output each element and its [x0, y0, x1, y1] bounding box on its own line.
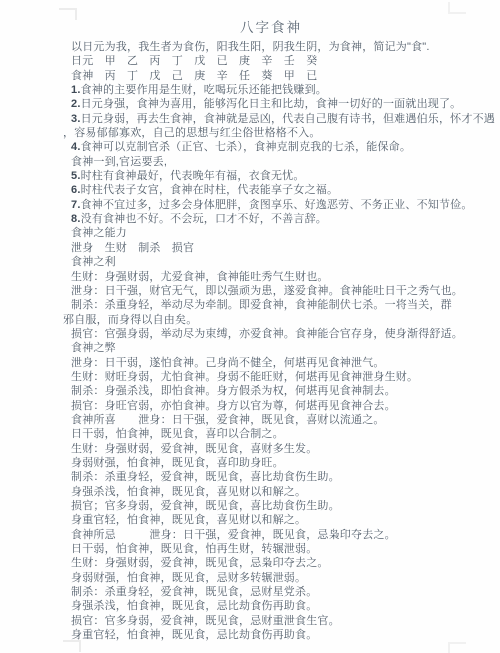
text-line: 4.食神可以克制官杀（正官、七杀），食神克制克我的七杀，能保命。 [71, 140, 491, 154]
list-number: 6. [71, 184, 81, 196]
text-line: 泄身：日干强，财官无气，即以强顽为患，遂爱食神。食神能吐日干之秀气也。 [71, 284, 491, 298]
text-line: 日干弱，怕食神，既见食，怕再生财，转辗泄弱。 [71, 542, 491, 556]
text-line: 身弱财强，怕食神，既见食，喜印助身旺。 [71, 456, 491, 470]
text-line: 制杀：身强杀浅，即怕食神。身方假杀为权，何堪再见食神制去。 [71, 384, 491, 398]
text-line: 生财：财旺身弱，尤怕食神。身弱不能旺财，何堪再见食神泄身生财。 [71, 370, 491, 384]
text-line: 食神之能力 [71, 226, 491, 240]
text-line: 生财：身强财弱，爱食神，既见食，忌枭印夺去之。 [71, 556, 491, 570]
text-line: 日元 甲 乙 丙 丁 戊 已 庚 辛 壬 癸 [71, 54, 491, 68]
text-line: 食神之利 [71, 255, 491, 269]
list-number: 3. [71, 113, 81, 125]
text-line: 5.时柱有食神最好，代表晚年有福，衣食无忧。 [71, 169, 491, 183]
crop-mark-bottom-right-icon [448, 642, 466, 653]
text-line: 食神所忌 泄身：日干强，爱食神，既见食，忌枭印夺去之。 [71, 528, 491, 542]
text-line: 食神所喜 泄身：日干强，爱食神，既见食，喜财以流通之。 [71, 413, 491, 427]
text-line: 身弱财强，怕食神，既见食，忌财多转辗泄弱。 [71, 571, 491, 585]
text-line: 以日元为我，我生者为食伤，阳我生阳，阴我生阴，为食神，简记为"食". [71, 40, 491, 54]
text-line: 身强杀浅，怕食神，既见食，喜见财以和解之。 [71, 485, 491, 499]
list-number: 7. [71, 199, 81, 211]
document-page: 八字食神 以日元为我，我生者为食伤，阳我生阳，阴我生阴，为食神，简记为"食".日… [0, 0, 500, 653]
text-line: 食神之弊 [71, 341, 491, 355]
text-line: 3.日元身弱，再去生食神，食神就是忌凶，代表自己腹有诗书，但难遇伯乐，怀才不遇 [71, 112, 491, 126]
text-line: 制杀：杀重身轻，爱食神，既见食，忌财星党杀。 [71, 585, 491, 599]
text-line: 泄身：日干弱，遂怕食神。己身尚不健全，何堪再见食神泄气。 [71, 356, 491, 370]
text-line: 损官：官强身弱，举动尽为束缚，亦爱食神。食神能合官存身，使身渐得舒适。 [71, 327, 491, 341]
text-line: ，容易郁郁寡欢，自己的思想与红尘俗世格格不入。 [63, 126, 491, 140]
text-line: 制杀：杀重身轻，举动尽为牵制。即爱食神，食神能制伏七杀。一将当关，群 [71, 298, 491, 312]
text-line: 邪自服，而身得以自由矣。 [63, 313, 491, 327]
text-line: 日干弱，怕食神，既见食，喜印以合制之。 [71, 427, 491, 441]
text-line: 7.食神不宜过多，过多会身体肥胖，贪图享乐、好逸恶劳、不务正业、不知节俭。 [71, 198, 491, 212]
text-line: 制杀：杀重身轻，爱食神，既见食，喜比劫食伤生助。 [71, 470, 491, 484]
document-body: 以日元为我，我生者为食伤，阳我生阳，阴我生阴，为食神，简记为"食".日元 甲 乙… [71, 40, 491, 642]
text-line: 1.食神的主要作用是生财，吃喝玩乐还能把钱赚到。 [71, 83, 491, 97]
text-line: 6.时柱代表子女宫，食神在时柱，代表能享子女之福。 [71, 183, 491, 197]
list-number: 8. [71, 213, 81, 225]
text-line: 生财：身强财弱，爱食神，既见食，喜财多生发。 [71, 442, 491, 456]
text-line: 损官：身旺官弱，亦怕食神。身方以官为尊，何堪再见食神合去。 [71, 399, 491, 413]
crop-mark-top-right-icon [448, 2, 466, 14]
list-number: 2. [71, 98, 81, 110]
text-line: 2.日元身强，食神为喜用，能够泻化日主和比劫，食神一切好的一面就出现了。 [71, 97, 491, 111]
list-number: 1. [71, 84, 81, 96]
text-line: 身重官轻，怕食神，既见食，忌比劫食伤再助食。 [71, 628, 491, 642]
page-title: 八字食神 [71, 16, 471, 36]
text-line: 泄身 生财 制杀 损官 [71, 241, 491, 255]
text-line: 生财：身强财弱，尤爱食神，食神能吐秀气生财也。 [71, 270, 491, 284]
text-line: 损官；官多身弱，爱食神，既见食，喜比劫食伤生助。 [71, 499, 491, 513]
list-number: 5. [71, 170, 81, 182]
list-number: 4. [71, 141, 81, 153]
text-line: 8.没有食神也不好。不会玩，口才不好，不善言辞。 [71, 212, 491, 226]
text-line: 食神 丙 丁 戊 己 庚 辛 任 葵 甲 已 [71, 69, 491, 83]
text-line: 身重官轻，怕食神，既见食，喜见财以和解之。 [71, 513, 491, 527]
text-line: 损官：官多身弱，爱食神，既见食，忌财重泄食生官。 [71, 614, 491, 628]
text-line: 身强杀浅，怕食神，既见食，忌比劫食伤再助食。 [71, 599, 491, 613]
text-line: 食神一到,官运要丢, [71, 155, 491, 169]
